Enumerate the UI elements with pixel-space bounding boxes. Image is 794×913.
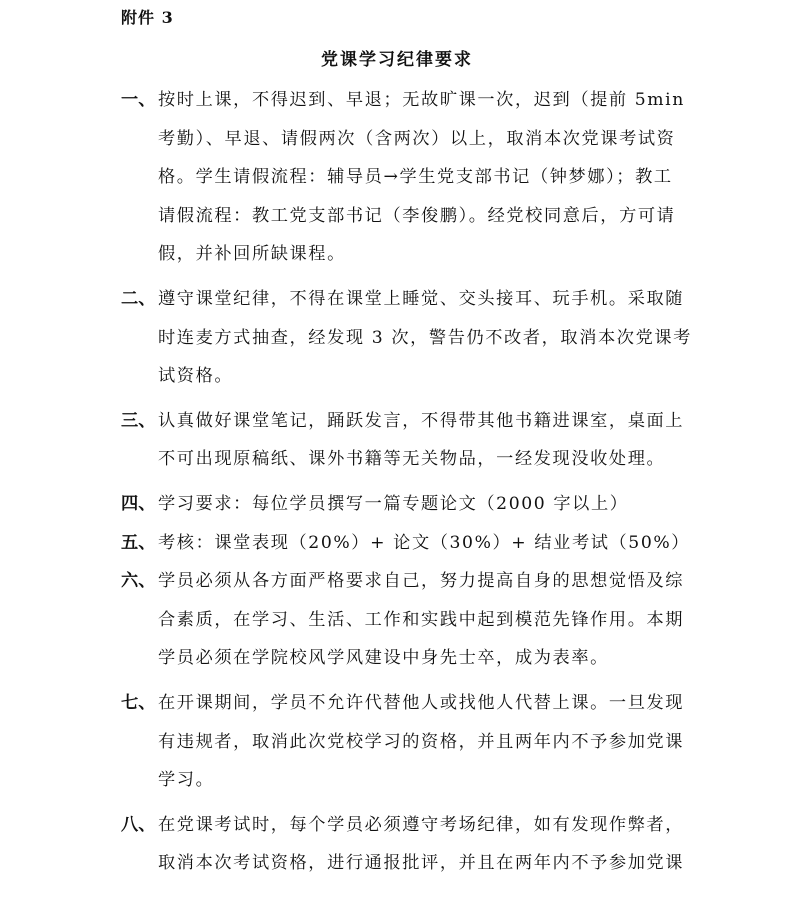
rule-text-line: 取消本次考试资格，进行通报批评，并且在两年内不予参加党课 xyxy=(121,849,701,888)
rule-number: 三、 xyxy=(121,407,158,435)
rule-text-line: 按时上课，不得迟到、早退；无故旷课一次，迟到（提前 5min xyxy=(158,90,685,110)
rule-number: 四、 xyxy=(121,490,158,518)
attachment-label: 附件 3 xyxy=(121,5,174,28)
rule-text-line: 学习要求：每位学员撰写一篇专题论文（2000 字以上） xyxy=(158,494,629,514)
rule-text-line: 遵守课堂纪律，不得在课堂上睡觉、交头接耳、玩手机。采取随 xyxy=(158,289,684,309)
rule-number: 一、 xyxy=(121,86,158,114)
rule-text-line: 试资格。 xyxy=(121,362,701,401)
rule-text-line: 学员必须从各方面严格要求自己，努力提高自身的思想觉悟及综 xyxy=(158,571,684,591)
rule-item-5: 五、考核：课堂表现（20%）+ 论文（30%）+ 结业考试（50%） xyxy=(121,529,701,568)
rule-number: 八、 xyxy=(121,811,158,839)
rule-item-4: 四、学习要求：每位学员撰写一篇专题论文（2000 字以上） xyxy=(121,490,701,529)
rule-text-line: 合素质，在学习、生活、工作和实践中起到模范先锋作用。本期 xyxy=(121,606,701,645)
rule-text-line: 学员必须在学院校风学风建设中身先士卒，成为表率。 xyxy=(121,644,701,683)
rule-text-line: 认真做好课堂笔记，踊跃发言，不得带其他书籍进课室，桌面上 xyxy=(158,411,684,431)
rule-text-line: 在党课考试时，每个学员必须遵守考场纪律，如有发现作弊者， xyxy=(158,815,684,835)
rule-text-line: 考勤）、早退、请假两次（含两次）以上，取消本次党课考试资 xyxy=(121,125,701,164)
rule-number: 六、 xyxy=(121,567,158,595)
rule-text-line: 在开课期间，学员不允许代替他人或找他人代替上课。一旦发现 xyxy=(158,693,684,713)
rule-number: 七、 xyxy=(121,689,158,717)
rule-item-3: 三、认真做好课堂笔记，踊跃发言，不得带其他书籍进课室，桌面上 不可出现原稿纸、课… xyxy=(121,407,701,484)
rule-text-line: 假，并补回所缺课程。 xyxy=(121,240,701,279)
rule-item-6: 六、学员必须从各方面严格要求自己，努力提高自身的思想觉悟及综 合素质，在学习、生… xyxy=(121,567,701,683)
rule-item-7: 七、在开课期间，学员不允许代替他人或找他人代替上课。一旦发现 有违规者，取消此次… xyxy=(121,689,701,805)
rule-text-line: 有违规者，取消此次党校学习的资格，并且两年内不予参加党课 xyxy=(121,728,701,767)
rule-text-line: 学习。 xyxy=(121,766,701,805)
rule-number: 五、 xyxy=(121,529,158,557)
rule-text-line: 时连麦方式抽查，经发现 3 次，警告仍不改者，取消本次党课考 xyxy=(121,324,701,363)
rule-text-line: 格。学生请假流程：辅导员→学生党支部书记（钟梦娜）；教工 xyxy=(121,163,701,202)
rule-text-line: 不可出现原稿纸、课外书籍等无关物品，一经发现没收处理。 xyxy=(121,445,701,484)
document-title: 党课学习纪律要求 xyxy=(0,45,794,70)
rule-text-line: 考核：课堂表现（20%）+ 论文（30%）+ 结业考试（50%） xyxy=(158,533,690,553)
rule-item-8: 八、在党课考试时，每个学员必须遵守考场纪律，如有发现作弊者， 取消本次考试资格，… xyxy=(121,811,701,888)
rule-number: 二、 xyxy=(121,285,158,313)
rules-list: 一、按时上课，不得迟到、早退；无故旷课一次，迟到（提前 5min 考勤）、早退、… xyxy=(121,86,701,888)
rule-text-line: 请假流程：教工党支部书记（李俊鹏）。经党校同意后，方可请 xyxy=(121,202,701,241)
rule-item-1: 一、按时上课，不得迟到、早退；无故旷课一次，迟到（提前 5min 考勤）、早退、… xyxy=(121,86,701,279)
rule-item-2: 二、遵守课堂纪律，不得在课堂上睡觉、交头接耳、玩手机。采取随 时连麦方式抽查，经… xyxy=(121,285,701,401)
